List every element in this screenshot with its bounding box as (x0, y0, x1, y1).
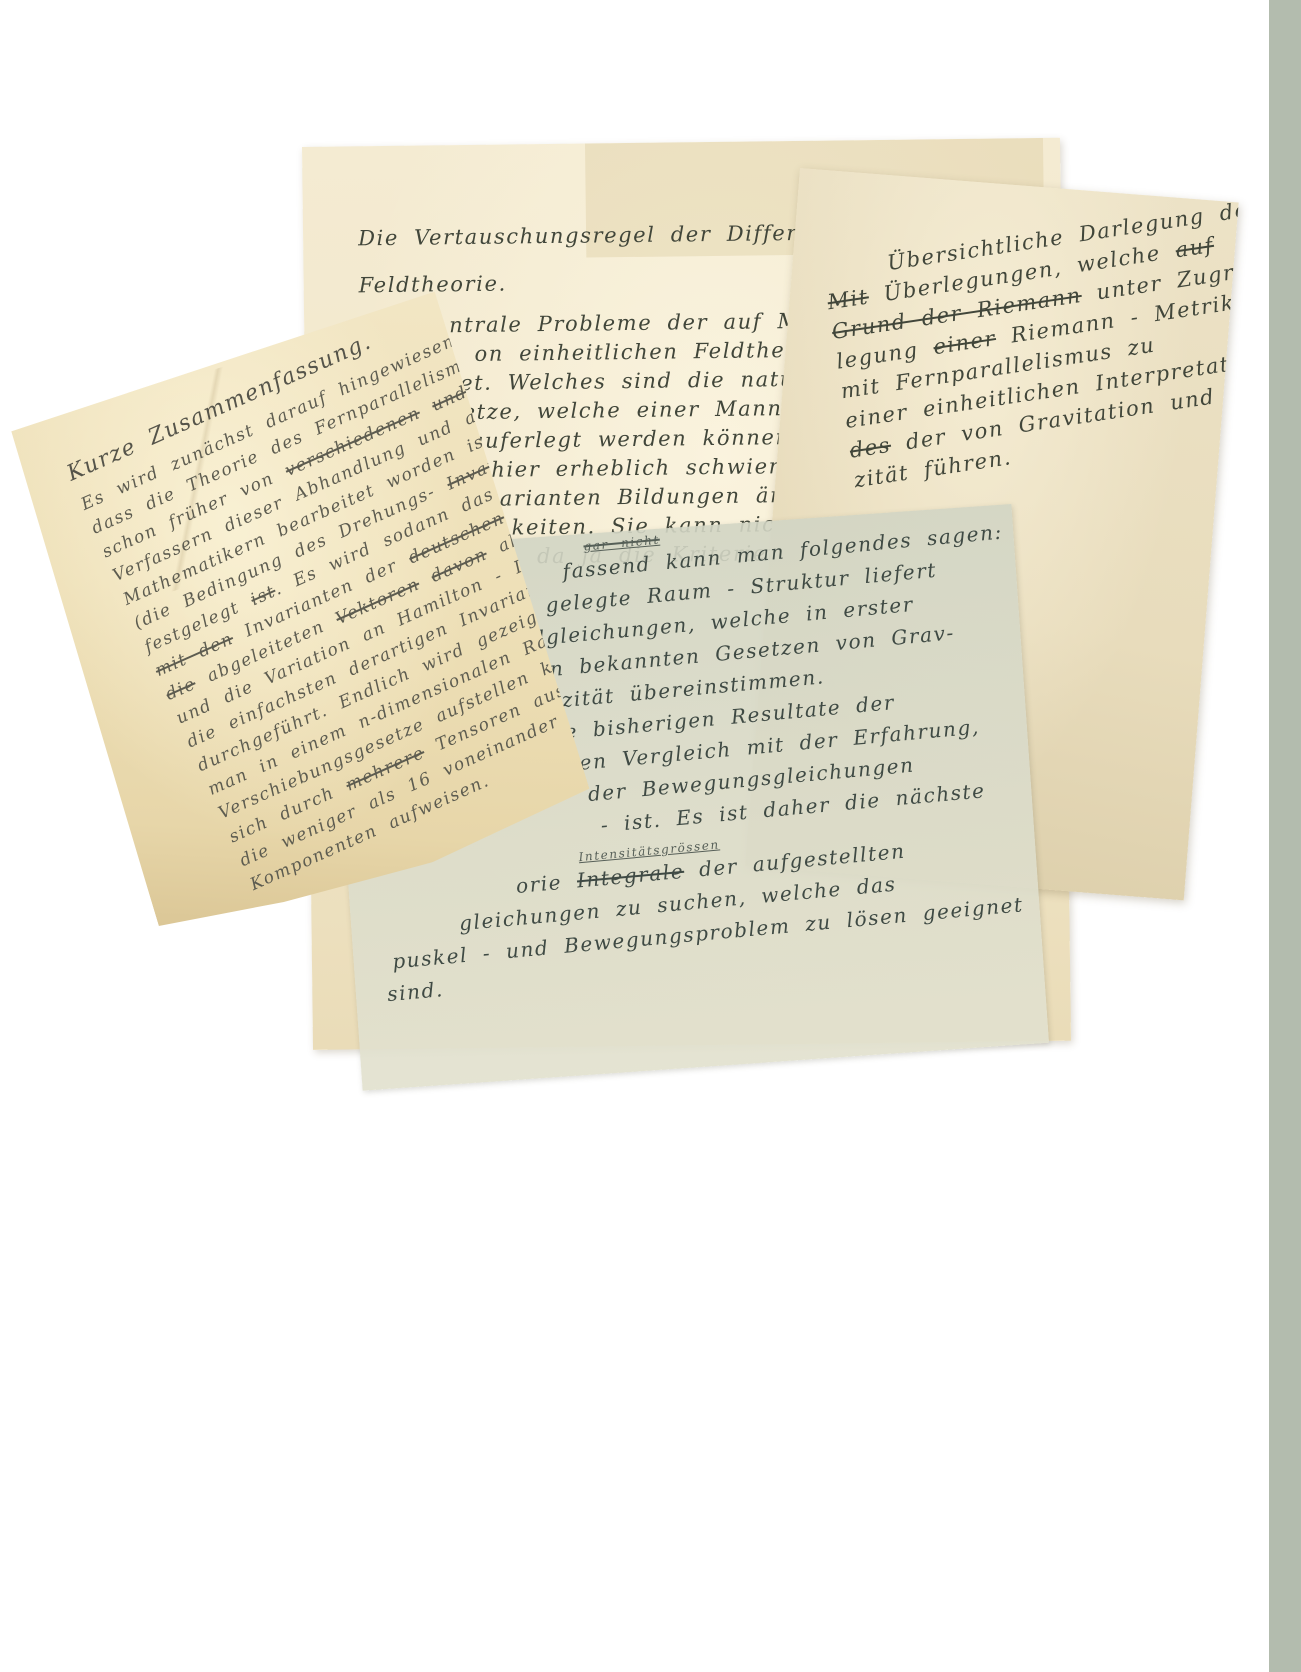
text-segment: sind. (386, 977, 445, 1006)
text-segment: orie (515, 869, 578, 898)
manuscript-photo: Die Vertauschungsregel der Differentiati… (0, 0, 1301, 1672)
text-segment: varianten Bildungen ärme (486, 483, 817, 511)
struck-text: Mit (826, 284, 871, 314)
text-segment: t auferlegt werden können? Z (445, 425, 835, 454)
struck-text: des (848, 433, 893, 463)
handwriting-lines: Übersichtliche Darlegung derMit Überlegu… (821, 187, 1239, 495)
text-segment: Intensitätsgrössen (578, 837, 720, 864)
struck-text: gar nicht (583, 533, 661, 554)
mat-board-strip (1269, 0, 1301, 1672)
struck-text: auf (1174, 233, 1216, 262)
